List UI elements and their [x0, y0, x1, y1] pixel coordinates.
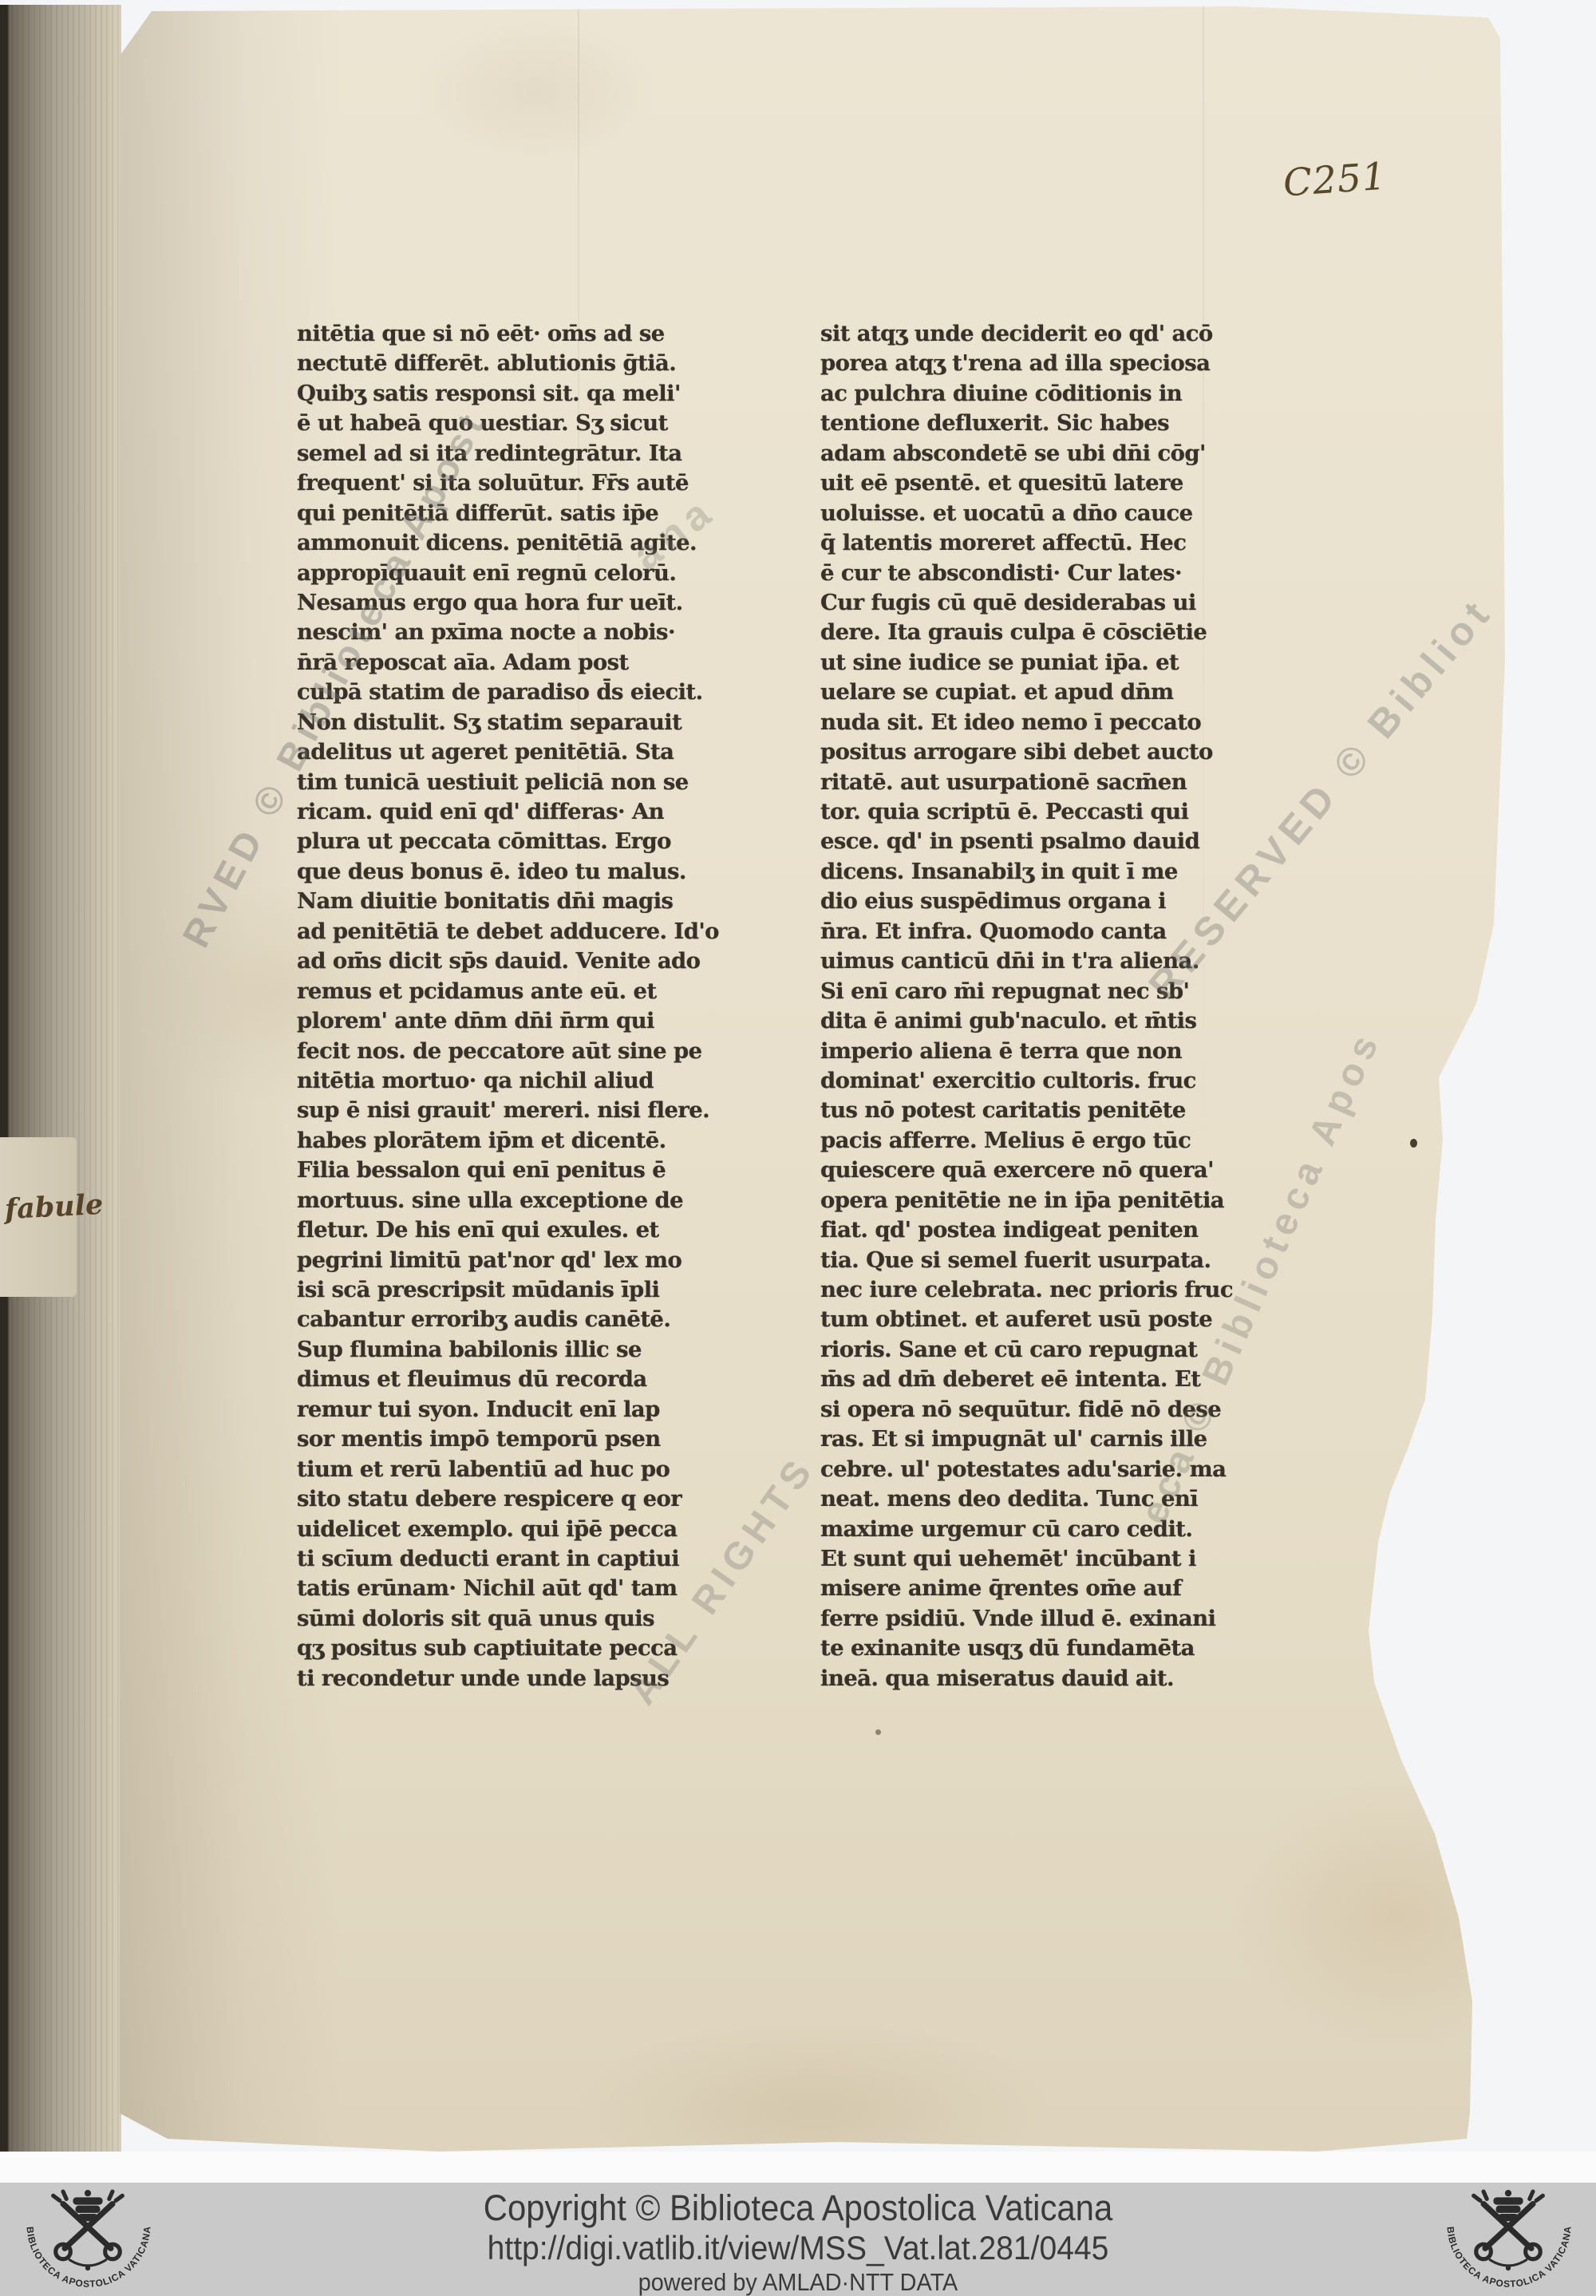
manuscript-line: pacis afferre. Melius ē ergo tūc: [820, 1126, 1309, 1156]
manuscript-column-1: nitētia que si nō eēt· om̄s ad senectutē…: [297, 319, 785, 1693]
manuscript-line: ē cur te abscondisti· Cur lates·: [820, 559, 1309, 588]
footer-copyright: Copyright © Biblioteca Apostolica Vatica…: [56, 2187, 1540, 2229]
manuscript-line: n̄ra. Et infra. Quomodo canta: [820, 917, 1309, 946]
manuscript-line: ricam. quid enī qd' differas· An: [297, 797, 785, 827]
manuscript-line: Et sunt qui uehemēt' incūbant i: [820, 1544, 1309, 1574]
manuscript-line: uidelicet exemplo. qui ip̄ē pecca: [297, 1515, 785, 1544]
manuscript-line: sor mentis impō temporū psen: [297, 1425, 785, 1454]
manuscript-line: ras. Et si impugnāt ul' carnis ille: [820, 1425, 1309, 1454]
manuscript-line: nectutē differēt. ablutionis ḡtiā.: [297, 349, 785, 378]
manuscript-line: tum obtinet. et auferet usū poste: [820, 1305, 1309, 1334]
manuscript-line: ammonuit dicens. penitētiā agite.: [297, 528, 785, 558]
manuscript-line: dimus et fleuimus dū recorda: [297, 1365, 785, 1394]
manuscript-line: ut sine iudice se puniat ip̄a. et: [820, 648, 1309, 678]
manuscript-line: n̄rā reposcat aīa. Adam post: [297, 648, 785, 678]
footer-powered-by: powered by AMLAD·NTT DATA: [56, 2267, 1540, 2296]
manuscript-line: plorem' ante dn̄m dn̄i n̄rm qui: [297, 1006, 785, 1036]
manuscript-line: nitētia que si nō eēt· om̄s ad se: [297, 319, 785, 349]
manuscript-line: adelitus ut ageret penitētiā. Sta: [297, 737, 785, 767]
manuscript-line: ritatē. aut usurpationē sacm̄en: [820, 768, 1309, 797]
manuscript-line: fiat. qd' postea indigeat peniten: [820, 1215, 1309, 1245]
manuscript-line: fletur. De his enī qui exules. et: [297, 1215, 785, 1245]
manuscript-line: dio eius suspēdimus organa i: [820, 887, 1309, 916]
manuscript-line: que deus bonus ē. ideo tu malus.: [297, 857, 785, 887]
manuscript-line: opera penitētie ne in ip̄a penitētia: [820, 1186, 1309, 1215]
digitized-manuscript-scan: fabule C251 nitētia que si nō eēt· om̄s …: [0, 0, 1596, 2296]
manuscript-line: nec iure celebrata. nec prioris fruc: [820, 1275, 1309, 1305]
manuscript-line: mortuus. sine ulla exceptione de: [297, 1186, 785, 1215]
manuscript-line: cabantur erroribʒ audis canētē.: [297, 1305, 785, 1334]
manuscript-line: sit atqʒ unde deciderit eo qd' acō: [820, 319, 1309, 349]
manuscript-line: adam abscondetē se ubi dn̄i cōg': [820, 439, 1309, 468]
manuscript-line: tatis erūnam· Nichil aūt qd' tam: [297, 1574, 785, 1603]
manuscript-line: dita ē animi gub'naculo. et m̄tis: [820, 1006, 1309, 1036]
svg-text:BIBLIOTECA APOSTOLICA VATICANA: BIBLIOTECA APOSTOLICA VATICANA: [25, 2226, 153, 2290]
manuscript-line: ferre psidiū. Vnde illud ē. exinani: [820, 1604, 1309, 1634]
manuscript-line: sup ē nisi grauit' mereri. nisi flere.: [297, 1096, 785, 1125]
folio-number: C251: [1282, 155, 1388, 206]
manuscript-line: ad penitētiā te debet adducere. Id'o: [297, 917, 785, 946]
manuscript-line: cebre. ul' potestates adu'sarie. ma: [820, 1455, 1309, 1484]
manuscript-line: Nesamus ergo qua hora fur ueīt.: [297, 588, 785, 618]
manuscript-line: tor. quia scriptū ē. Peccasti qui: [820, 797, 1309, 827]
manuscript-line: Sup flumina babilonis illic se: [297, 1335, 785, 1365]
manuscript-line: ti recondetur unde unde lapsus: [297, 1664, 785, 1693]
manuscript-line: tentione defluxerit. Sic habes: [820, 409, 1309, 438]
manuscript-line: qʒ positus sub captiuitate pecca: [297, 1634, 785, 1663]
manuscript-line: rioris. Sane et cū caro repugnat: [820, 1335, 1309, 1365]
manuscript-line: uimus canticū dn̄i in t'ra aliena.: [820, 946, 1309, 976]
manuscript-line: fecit nos. de peccatore aūt sine pe: [297, 1037, 785, 1066]
manuscript-line: plura ut peccata cōmittas. Ergo: [297, 827, 785, 856]
vatican-library-seal-icon: BIBLIOTECA APOSTOLICA VATICANA: [16, 2189, 160, 2291]
manuscript-line: semel ad si ita redintegrātur. Ita: [297, 439, 785, 468]
margin-note: fabule: [4, 1188, 104, 1226]
manuscript-line: m̄s ad dm̄ deberet eē intenta. Et: [820, 1365, 1309, 1394]
book-gutter-edge: [0, 5, 121, 2152]
manuscript-line: Filia bessalon qui enī penitus ē: [297, 1156, 785, 1185]
manuscript-line: isi scā prescripsit mūdanis īpli: [297, 1275, 785, 1305]
manuscript-line: uelare se cupiat. et apud dn̄m: [820, 678, 1309, 707]
copyright-footer-bar: Copyright © Biblioteca Apostolica Vatica…: [0, 2183, 1596, 2296]
manuscript-line: nescim' an pxīma nocte a nobis·: [297, 618, 785, 647]
manuscript-line: dicens. Insanabilʒ in quit ī me: [820, 857, 1309, 887]
footer-white-strip: [0, 2152, 1596, 2183]
manuscript-line: porea atqʒ t'rena ad illa speciosa: [820, 349, 1309, 378]
manuscript-line: Quibʒ satis responsi sit. qa meli': [297, 379, 785, 409]
manuscript-line: Si enī caro m̄i repugnat nec sb': [820, 977, 1309, 1006]
manuscript-line: positus arrogare sibi debet aucto: [820, 737, 1309, 767]
manuscript-line: sito statu debere respicere q eor: [297, 1484, 785, 1514]
footer-url: http://digi.vatlib.it/view/MSS_Vat.lat.2…: [56, 2229, 1540, 2267]
manuscript-line: ineā. qua miseratus dauid ait.: [820, 1664, 1309, 1693]
footer-text-block: Copyright © Biblioteca Apostolica Vatica…: [56, 2187, 1540, 2296]
manuscript-line: Non distulit. Sʒ statim separauit: [297, 708, 785, 737]
manuscript-line: ac pulchra diuine cōditionis in: [820, 379, 1309, 409]
manuscript-line: nuda sit. Et ideo nemo ī peccato: [820, 708, 1309, 737]
manuscript-line: te exinanite usqʒ dū fundamēta: [820, 1634, 1309, 1663]
manuscript-line: q̄ latentis moreret affectū. Hec: [820, 528, 1309, 558]
manuscript-line: Nam diuitie bonitatis dn̄i magis: [297, 887, 785, 916]
manuscript-line: ad om̄s dicit sp̄s dauid. Venite ado: [297, 946, 785, 976]
manuscript-line: uit eē psentē. et quesitū latere: [820, 468, 1309, 498]
svg-text:BIBLIOTECA APOSTOLICA VATICANA: BIBLIOTECA APOSTOLICA VATICANA: [1445, 2226, 1574, 2290]
manuscript-line: dere. Ita grauis culpa ē cōsciētie: [820, 618, 1309, 647]
manuscript-line: Cur fugis cū quē desiderabas ui: [820, 588, 1309, 618]
manuscript-line: tium et rerū labentiū ad huc po: [297, 1455, 785, 1484]
ink-spot: [875, 1729, 881, 1735]
ink-spot: [1410, 1139, 1417, 1148]
manuscript-line: ē ut habeā quo uestiar. Sʒ sicut: [297, 409, 785, 438]
manuscript-line: neat. mens deo dedita. Tunc enī: [820, 1484, 1309, 1514]
manuscript-line: pegrini limitū pat'nor qd' lex mo: [297, 1246, 785, 1275]
manuscript-line: sūmi doloris sit quā unus quis: [297, 1604, 785, 1634]
manuscript-line: maxime urgemur cū caro cedit.: [820, 1515, 1309, 1544]
manuscript-line: ti scīum deducti erant in captiui: [297, 1544, 785, 1574]
manuscript-line: frequent' si ita soluūtur. Fr̄s autē: [297, 468, 785, 498]
manuscript-line: habes plorātem ip̄m et dicentē.: [297, 1126, 785, 1156]
manuscript-column-2: sit atqʒ unde deciderit eo qd' acōporea …: [820, 319, 1309, 1693]
manuscript-line: nitētia mortuo· qa nichil aliud: [297, 1066, 785, 1096]
manuscript-line: culpā statim de paradiso d̄s eiecit.: [297, 678, 785, 707]
manuscript-line: tus nō potest caritatis penitēte: [820, 1096, 1309, 1125]
manuscript-line: remur tui syon. Inducit enī lap: [297, 1395, 785, 1425]
manuscript-line: misere anime q̄rentes om̄e auf: [820, 1574, 1309, 1603]
manuscript-line: tim tunicā uestiuit peliciā non se: [297, 768, 785, 797]
manuscript-line: appropīquauit enī regnū celorū.: [297, 559, 785, 588]
manuscript-line: qui penitētiā differūt. satis ip̄e: [297, 499, 785, 528]
manuscript-line: tia. Que si semel fuerit usurpata.: [820, 1246, 1309, 1275]
manuscript-line: imperio aliena ē terra que non: [820, 1037, 1309, 1066]
manuscript-line: dominat' exercitio cultoris. fruc: [820, 1066, 1309, 1096]
manuscript-line: si opera nō sequūtur. fidē nō dese: [820, 1395, 1309, 1425]
manuscript-line: quiescere quā exercere nō quera': [820, 1156, 1309, 1185]
manuscript-line: esce. qd' in psenti psalmo dauid: [820, 827, 1309, 856]
manuscript-line: uoluisse. et uocatū a dn̄o cauce: [820, 499, 1309, 528]
manuscript-line: remus et pcidamus ante eū. et: [297, 977, 785, 1006]
vatican-library-seal-icon: BIBLIOTECA APOSTOLICA VATICANA: [1436, 2189, 1580, 2291]
